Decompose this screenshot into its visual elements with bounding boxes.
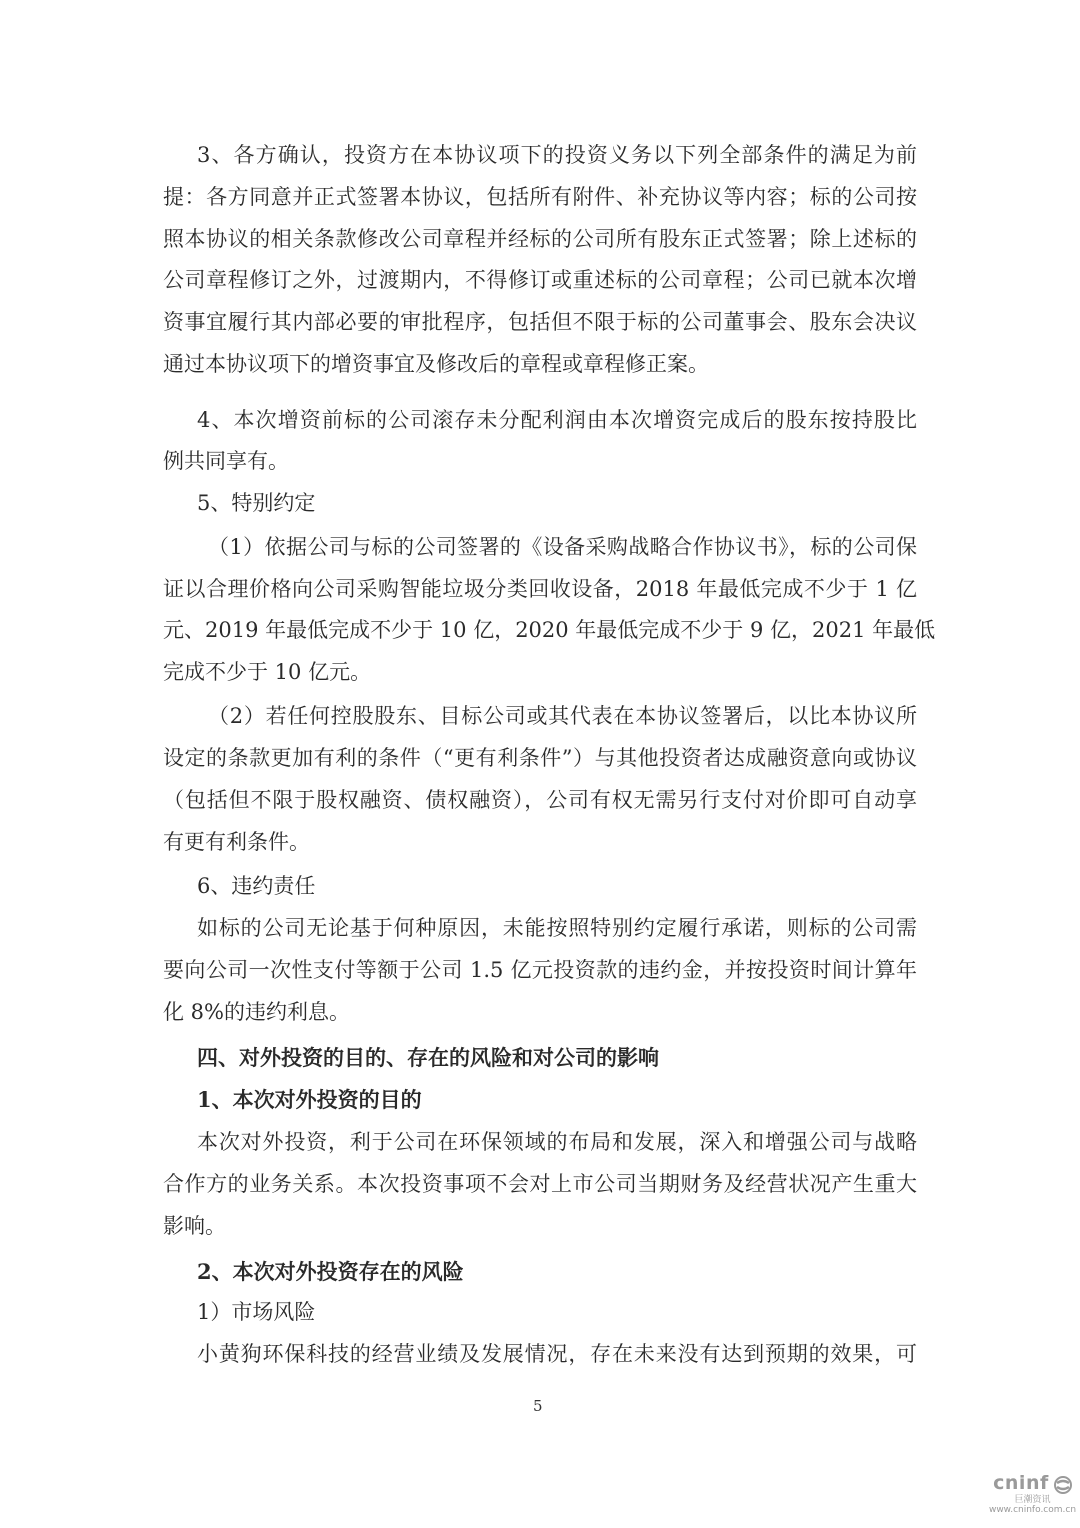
paragraph-line: 完成不少于 10 亿元。 <box>163 658 917 686</box>
paragraph-line: 有更有利条件。 <box>163 828 917 856</box>
section-heading: 5、特别约定 <box>197 489 917 517</box>
document-page: 3、各方确认，投资方在本协议项下的投资义务以下列全部条件的满足为前 提：各方同意… <box>0 0 1080 1528</box>
subsection-heading: 1、本次对外投资的目的 <box>197 1086 917 1114</box>
paragraph-line: 3、各方确认，投资方在本协议项下的投资义务以下列全部条件的满足为前 <box>197 141 917 169</box>
chapter-heading: 四、对外投资的目的、存在的风险和对公司的影响 <box>197 1044 917 1072</box>
paragraph-line: 合作方的业务关系。本次投资事项不会对上市公司当期财务及经营状况产生重大 <box>163 1170 917 1198</box>
paragraph-line: 公司章程修订之外，过渡期内，不得修订或重述标的公司章程；公司已就本次增 <box>163 266 917 294</box>
paragraph-line: 4、本次增资前标的公司滚存未分配利润由本次增资完成后的股东按持股比 <box>197 406 917 434</box>
paragraph-line: 影响。 <box>163 1212 917 1240</box>
paragraph-line: 证以合理价格向公司采购智能垃圾分类回收设备，2018 年最低完成不少于 1 亿 <box>163 575 917 603</box>
risk-heading: 1）市场风险 <box>197 1298 917 1326</box>
paragraph-line: 通过本协议项下的增资事宜及修改后的章程或章程修正案。 <box>163 350 917 378</box>
watermark-logo-text: cninf <box>993 1472 1049 1494</box>
paragraph-line: 资事宜履行其内部必要的审批程序，包括但不限于标的公司董事会、股东会决议 <box>163 308 917 336</box>
paragraph-line: 要向公司一次性支付等额于公司 1.5 亿元投资款的违约金，并按投资时间计算年 <box>163 956 917 984</box>
cninfo-logo-icon <box>1054 1474 1072 1493</box>
page-number: 5 <box>533 1397 543 1415</box>
paragraph-line: 照本协议的相关条款修改公司章程并经标的公司所有股东正式签署；除上述标的 <box>163 225 917 253</box>
paragraph-line: 化 8%的违约利息。 <box>163 998 917 1026</box>
cninfo-watermark: cninf 巨潮资讯 www.cninfo.com.cn <box>985 1472 1080 1515</box>
paragraph-line: （2）若任何控股股东、目标公司或其代表在本协议签署后，以比本协议所 <box>208 702 917 730</box>
paragraph-line: 小黄狗环保科技的经营业绩及发展情况，存在未来没有达到预期的效果，可 <box>197 1340 917 1368</box>
paragraph-line: 本次对外投资，利于公司在环保领域的布局和发展，深入和增强公司与战略 <box>197 1128 917 1156</box>
paragraph-line: （包括但不限于股权融资、债权融资），公司有权无需另行支付对价即可自动享 <box>163 786 917 814</box>
paragraph-line: 例共同享有。 <box>163 447 917 475</box>
paragraph-line: 如标的公司无论基于何种原因，未能按照特别约定履行承诺，则标的公司需 <box>197 914 917 942</box>
watermark-url: www.cninfo.com.cn <box>985 1505 1080 1515</box>
section-heading: 6、违约责任 <box>197 872 917 900</box>
subsection-heading: 2、本次对外投资存在的风险 <box>197 1258 917 1286</box>
paragraph-line: 设定的条款更加有利的条件（“更有利条件”）与其他投资者达成融资意向或协议 <box>163 744 917 772</box>
paragraph-line: 提：各方同意并正式签署本协议，包括所有附件、补充协议等内容；标的公司按 <box>163 183 917 211</box>
paragraph-line: 元、2019 年最低完成不少于 10 亿，2020 年最低完成不少于 9 亿，2… <box>163 616 917 644</box>
paragraph-line: （1）依据公司与标的公司签署的《设备采购战略合作协议书》，标的公司保 <box>208 533 917 561</box>
